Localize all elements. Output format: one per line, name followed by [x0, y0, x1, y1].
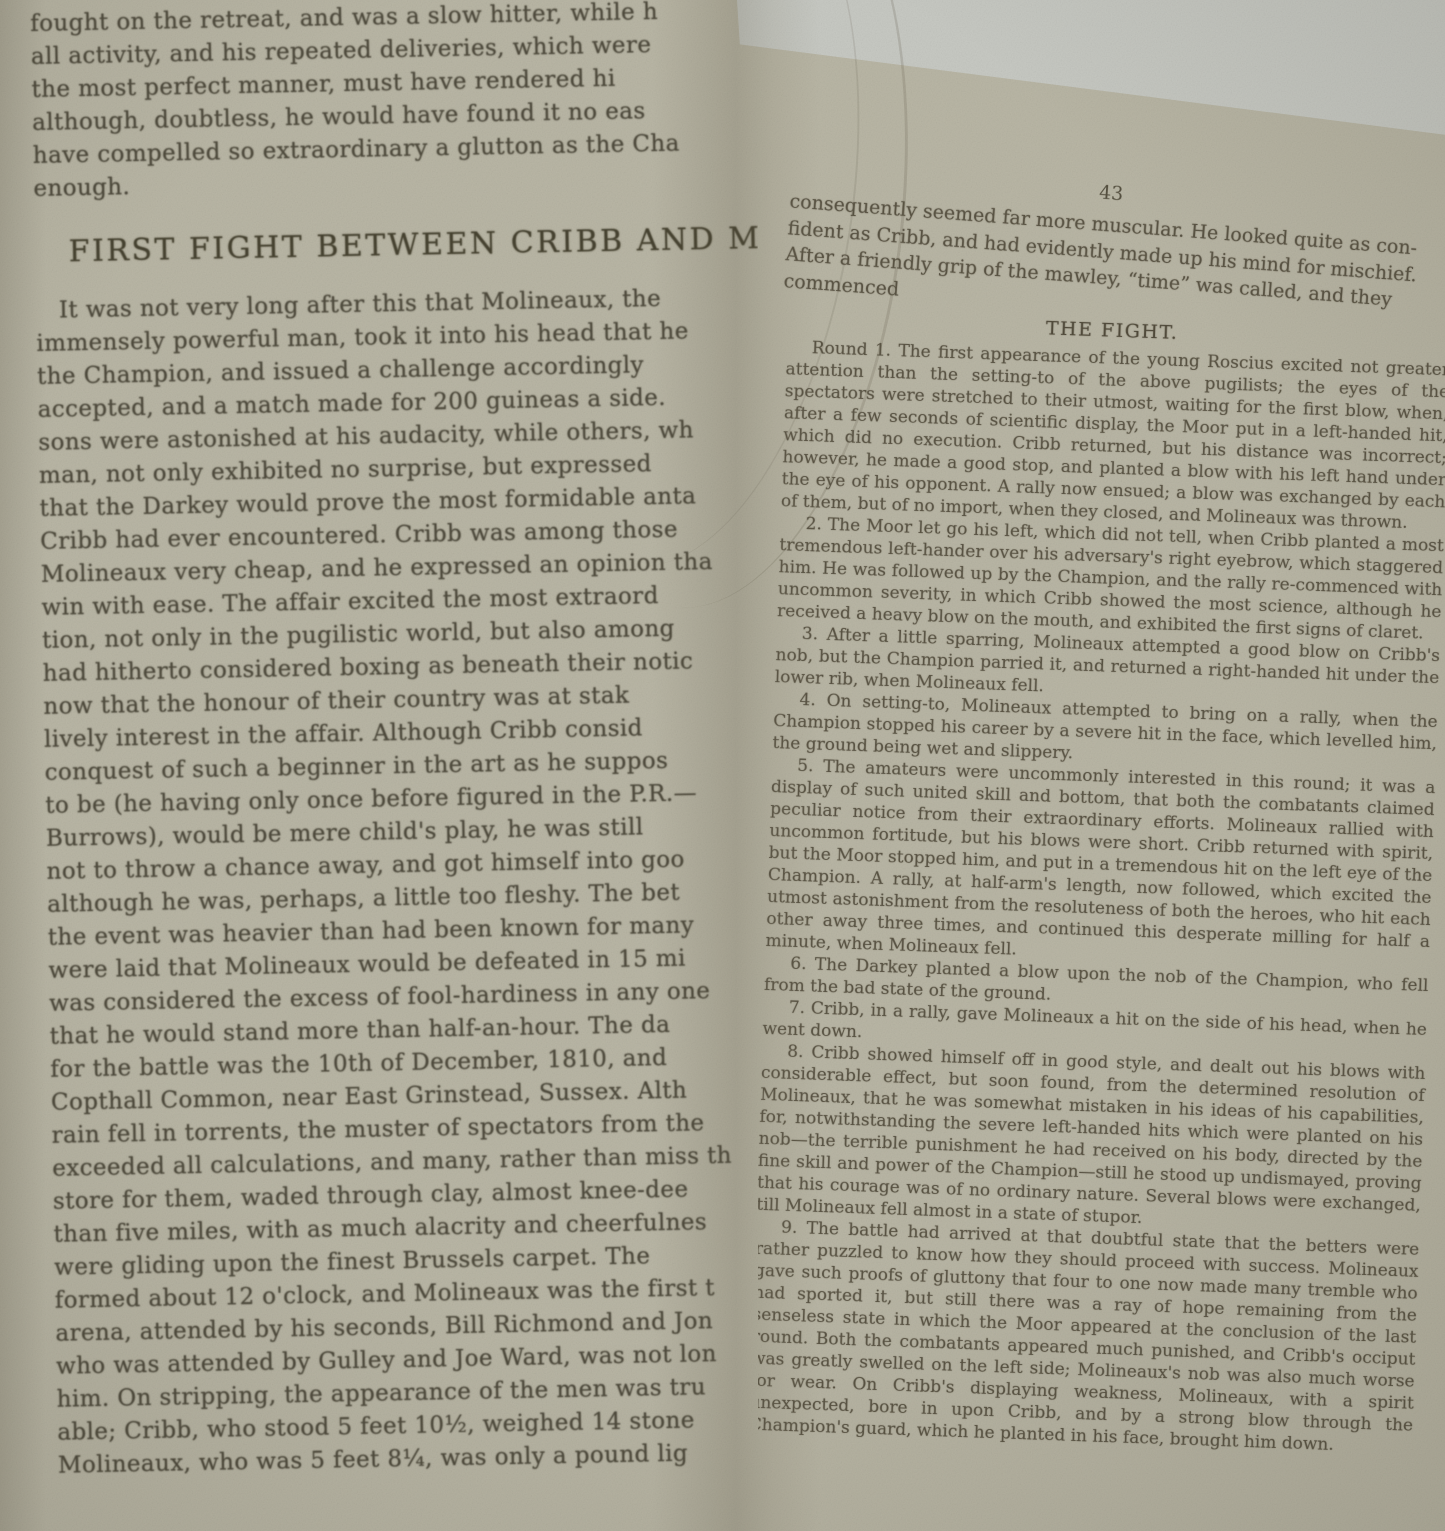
left-page-edge-shadow [0, 0, 46, 1531]
left-page-top-paragraph: fought on the retreat, and was a slow hi… [30, 0, 758, 206]
book-gutter-shadow [652, 0, 820, 1531]
left-page: fought on the retreat, and was a slow hi… [0, 0, 758, 1531]
round-paragraph: 5. The amateurs were uncommonly interest… [765, 754, 1436, 975]
round-paragraph: 8. Cribb showed himself off in good styl… [758, 1040, 1426, 1239]
left-page-body-paragraph: It was not very long after this that Mol… [36, 278, 758, 1482]
right-page-text: 43 consequently seemed far more muscular… [758, 158, 1445, 1458]
right-page: 43 consequently seemed far more muscular… [758, 0, 1445, 1531]
open-book-photo: fought on the retreat, and was a slow hi… [0, 0, 1445, 1531]
round-paragraph: 9. The battle had arrived at that doubtf… [758, 1216, 1420, 1459]
fight-rounds: Round 1. The first appearance of the you… [758, 336, 1445, 1459]
round-paragraph: Round 1. The first appearance of the you… [781, 336, 1445, 535]
left-page-text: fought on the retreat, and was a slow hi… [30, 0, 758, 1483]
